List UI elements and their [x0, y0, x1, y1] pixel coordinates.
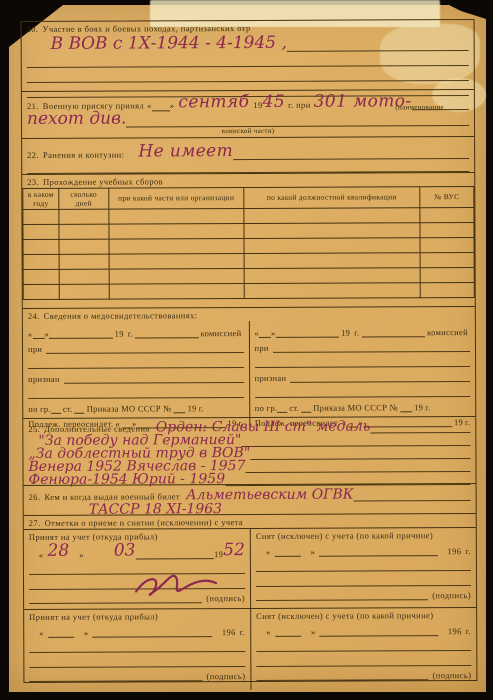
printed-g: г. [465, 546, 470, 557]
signature-caption: (подпись) [432, 590, 471, 601]
col-vus: № ВУС [420, 186, 474, 207]
blank-line [256, 556, 471, 572]
blank-line [354, 490, 471, 502]
remove-cell-2: Снят (исключен) с учета (по какой причин… [250, 607, 476, 690]
printed-po-gr: по гр. [255, 403, 278, 413]
printed-prikaz: Приказа МО СССР № [87, 403, 172, 413]
blank-line [29, 637, 245, 653]
blank-line [256, 589, 428, 601]
section-22-number: 22. [27, 150, 39, 161]
quote-open: « [266, 547, 271, 558]
section-24-medical: 24.Сведения о медосвидетельствованиях: «… [23, 307, 475, 419]
printed-19: 19 [253, 100, 262, 111]
blank-day [275, 546, 301, 557]
training-table: в каком году сколько дней при какой част… [22, 186, 474, 300]
table-row [23, 282, 474, 299]
medical-columns: «»19г.комиссией при признан по гр.ст.При… [23, 320, 475, 431]
blank-line [319, 545, 437, 557]
blank-line [255, 356, 471, 368]
table-header-row: в каком году сколько дней при какой част… [23, 186, 474, 209]
blank-line [64, 372, 244, 384]
blank-line [29, 670, 202, 682]
printed-priznan: признан [255, 372, 287, 382]
printed-g: г. [240, 627, 245, 638]
blank-day [48, 627, 74, 638]
blank-line [290, 371, 470, 383]
blank-line [27, 159, 469, 174]
blank-day [152, 100, 170, 111]
printed-priznan: признан [28, 373, 60, 383]
section-27-registration: 27.Отметки о приеме и снятии (исключении… [24, 514, 477, 694]
quote-close: » [311, 626, 316, 637]
accept-year-handwriting: 52 [223, 542, 245, 559]
section-22-wounds: 22. Ранения и контузии: Не имеет [22, 137, 474, 175]
blank-line [28, 357, 244, 369]
printed-pri: при [254, 343, 268, 353]
printed-g: г. [425, 402, 430, 412]
blank-line [245, 461, 470, 473]
quote-close: » [79, 549, 84, 560]
printed-st: ст. [63, 403, 73, 413]
col-qualification: по какой должностной квалификации [244, 186, 420, 208]
quote-open: « [266, 627, 271, 638]
oath-year-handwriting: 45 [263, 94, 286, 111]
printed-g: г. [466, 626, 471, 637]
section-22-title: Ранения и контузии: [43, 150, 124, 161]
section-20-combat: 20.Участие в боях и боевых походах, парт… [22, 20, 474, 92]
signature-caption: (подпись) [207, 671, 246, 682]
section-24-title: Сведения о медосвидетельствованиях: [44, 310, 198, 321]
blank-line [287, 40, 469, 52]
blank-line [241, 435, 470, 447]
blank-day [259, 327, 271, 338]
printed-st: ст. [289, 402, 299, 412]
blank-line [49, 327, 113, 338]
blank-line [28, 387, 244, 399]
caption-naimenovanie: (наименование [395, 103, 444, 111]
section-25-additional: 25.Дополнительные сведения Орден: Славы … [23, 417, 475, 486]
remove-cell-1: Снят (исключен) с учета (по какой причин… [250, 527, 476, 608]
printed-prikaz: Приказа МО СССР № [313, 402, 398, 412]
medical-column-right: «»19г.комиссией при признан по гр.ст.При… [248, 320, 475, 430]
blank [301, 401, 311, 412]
printed-196: 196 [447, 546, 461, 557]
section-23-number: 23. [27, 177, 39, 187]
blank-line [255, 386, 471, 398]
printed-19: 19 [341, 327, 350, 337]
blank-line [93, 626, 212, 638]
oath-unit2-handwriting: пехот див. [27, 111, 126, 128]
quote-open: « [39, 550, 44, 561]
printed-g: г. [354, 327, 359, 337]
blank-line [256, 669, 428, 681]
section-20-number: 20. [27, 24, 39, 34]
printed-19: 19 [214, 549, 223, 560]
accept-cell-1: Принят на учет (откуда прибыл) « 28 » 03… [24, 528, 250, 609]
blank-day [32, 328, 44, 339]
blank-line [46, 342, 243, 354]
section-20-handwriting: В ВОВ с 1Х-1944 - 4-1945 , [51, 34, 287, 52]
printed-19: 19 [115, 328, 124, 338]
printed-19: 19 [188, 403, 197, 413]
blank-line [256, 571, 471, 587]
blank [400, 401, 412, 412]
blank-line [361, 326, 425, 337]
printed-komissiej: комиссией [201, 328, 242, 338]
quote-close: » [170, 101, 175, 112]
scanned-military-card: 20.Участие в боях и боевых походах, парт… [0, 0, 493, 700]
blank-line [256, 636, 471, 652]
signature-caption: (подпись) [433, 670, 472, 681]
section-27-number: 27. [29, 518, 41, 528]
quote-close: » [311, 546, 316, 557]
quote-close: » [84, 627, 89, 638]
section-26-number: 26. [29, 492, 41, 502]
printed-196: 196 [222, 627, 236, 638]
blank [75, 402, 85, 413]
printed-g-pri: г. при [288, 100, 311, 111]
blank-line [320, 625, 438, 637]
printed-19: 19 [414, 402, 423, 412]
blank [51, 402, 61, 413]
blank-line [135, 548, 214, 559]
medical-column-left: «»19г.комиссией при признан по гр.ст.При… [23, 321, 249, 431]
printed-po-gr: по гр. [28, 403, 51, 413]
section-21-oath: 21. Военную присягу принял « » сентяб 19… [22, 90, 474, 139]
blank [277, 401, 287, 412]
wounds-handwriting: Не имеет [138, 143, 233, 160]
col-year: в каком году [23, 188, 59, 209]
accept-month-handwriting: 03 [114, 543, 136, 560]
section-23-training: 23.Прохождение учебных сборов в каком го… [22, 173, 475, 309]
form-body: 20.Участие в боях и боевых походах, парт… [21, 19, 478, 683]
printed-196: 196 [448, 626, 462, 637]
printed-g: г. [199, 403, 204, 413]
registration-grid: Принят на учет (откуда прибыл) « 28 » 03… [24, 527, 477, 691]
printed-komissiej: комиссией [427, 327, 468, 337]
blank-line [135, 327, 199, 338]
blank-line [370, 422, 470, 433]
col-unit: при какой части или организации [108, 187, 243, 209]
section-24-number: 24. [28, 311, 40, 321]
blank-line [29, 652, 245, 668]
quote-open: « [39, 628, 44, 639]
blank-line [250, 448, 470, 460]
col-days: сколько дней [59, 188, 109, 209]
blank-line [256, 651, 471, 667]
printed-pri: при [28, 344, 42, 354]
blank-line [233, 148, 469, 160]
blank-line [126, 115, 469, 127]
accept-cell-2: Принят на учет (откуда прибыл) « » 196 г… [24, 608, 250, 691]
oath-month-handwriting: сентяб [178, 94, 249, 111]
blank-line [276, 326, 340, 337]
signature-scribble [132, 567, 222, 601]
blank [174, 402, 186, 413]
section-26-issued: 26.Кем и когда выдан военный билет Альме… [24, 484, 476, 516]
accept-day-handwriting: 28 [47, 543, 69, 560]
printed-g: г. [128, 328, 133, 338]
blank-day [275, 626, 301, 637]
section-23-title: Прохождение учебных сборов [43, 176, 163, 187]
blank-line [273, 341, 470, 353]
section-27-title: Отметки о приеме и снятии (исключении) с… [45, 517, 244, 528]
issuer-handwriting: Альметьевским ОГВК [186, 488, 354, 503]
